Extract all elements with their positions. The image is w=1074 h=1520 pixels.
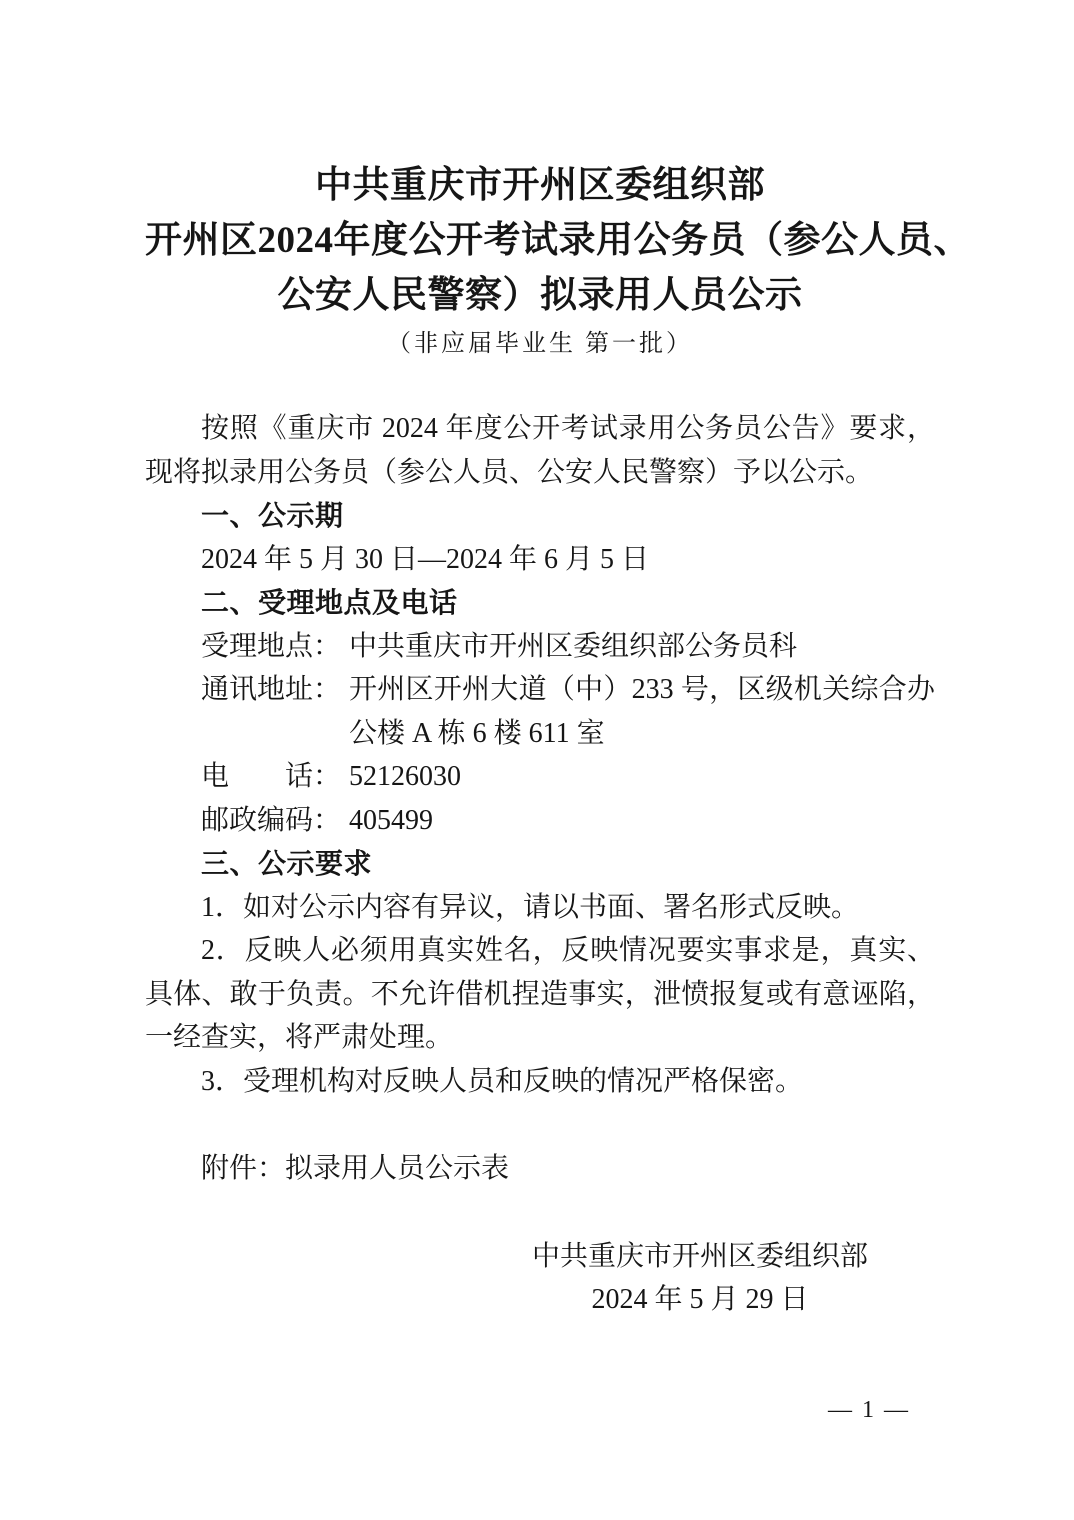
contact-label-postcode: 邮政编码： bbox=[201, 799, 349, 843]
document-body: 按照《重庆市 2024 年度公开考试录用公务员公告》要求，现将拟录用公务员（参公… bbox=[145, 407, 935, 1322]
contact-label-address: 通讯地址： bbox=[201, 668, 349, 755]
section-2-heading: 二、受理地点及电话 bbox=[145, 581, 935, 625]
rule-paragraph-3: 3．受理机构对反映人员和反映的情况严格保密。 bbox=[145, 1060, 935, 1104]
rule-paragraph-2: 2．反映人必须用真实姓名，反映情况要实事求是，真实、具体、敢于负责。不允许借机捏… bbox=[145, 929, 935, 1060]
contact-value-phone: 52126030 bbox=[349, 755, 935, 799]
signature-org: 中共重庆市开州区委组织部 bbox=[520, 1235, 880, 1279]
contact-row-location: 受理地点： 中共重庆市开州区委组织部公务员科 bbox=[145, 625, 935, 669]
title-line-2: 开州区2024年度公开考试录用公务员（参公人员、 bbox=[145, 213, 935, 268]
contact-value-postcode: 405499 bbox=[349, 799, 935, 843]
signature-date: 2024 年 5 月 29 日 bbox=[520, 1278, 880, 1322]
title-line-1: 中共重庆市开州区委组织部 bbox=[145, 158, 935, 213]
attachment-line: 附件：拟录用人员公示表 bbox=[145, 1147, 935, 1191]
document-page: 中共重庆市开州区委组织部 开州区2024年度公开考试录用公务员（参公人员、 公安… bbox=[0, 0, 1074, 1520]
contact-label-phone: 电 话： bbox=[201, 755, 349, 799]
page-number: — 1 — bbox=[828, 1397, 910, 1424]
contact-row-postcode: 邮政编码： 405499 bbox=[145, 799, 935, 843]
rule-paragraph-1: 1．如对公示内容有异议，请以书面、署名形式反映。 bbox=[145, 886, 935, 930]
contact-label-location: 受理地点： bbox=[201, 625, 349, 669]
section-1-heading: 一、公示期 bbox=[145, 494, 935, 538]
contact-value-address: 开州区开州大道（中）233 号，区级机关综合办公楼 A 栋 6 楼 611 室 bbox=[349, 668, 935, 755]
signature-block: 中共重庆市开州区委组织部 2024 年 5 月 29 日 bbox=[520, 1235, 880, 1322]
document-title: 中共重庆市开州区委组织部 开州区2024年度公开考试录用公务员（参公人员、 公安… bbox=[145, 158, 935, 323]
section-3-heading: 三、公示要求 bbox=[145, 842, 935, 886]
publicity-period: 2024 年 5 月 30 日—2024 年 6 月 5 日 bbox=[145, 538, 935, 582]
document-subtitle: （非应届毕业生 第一批） bbox=[145, 323, 935, 365]
intro-paragraph: 按照《重庆市 2024 年度公开考试录用公务员公告》要求，现将拟录用公务员（参公… bbox=[145, 407, 935, 494]
contact-row-address: 通讯地址： 开州区开州大道（中）233 号，区级机关综合办公楼 A 栋 6 楼 … bbox=[145, 668, 935, 755]
contact-value-location: 中共重庆市开州区委组织部公务员科 bbox=[349, 625, 935, 669]
title-line-3: 公安人民警察）拟录用人员公示 bbox=[145, 268, 935, 323]
contact-row-phone: 电 话： 52126030 bbox=[145, 755, 935, 799]
